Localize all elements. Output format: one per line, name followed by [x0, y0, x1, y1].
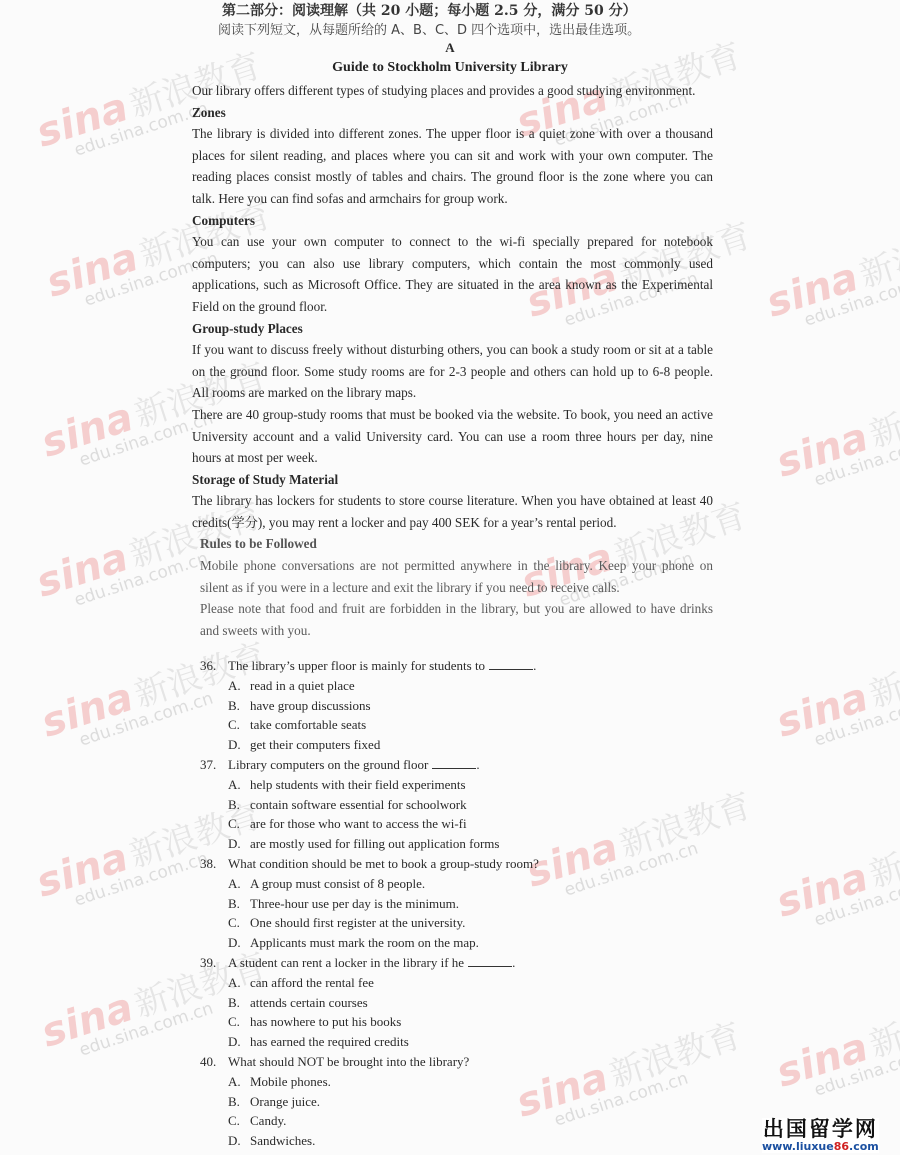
section-paragraph: You can use your own computer to connect… [192, 231, 713, 317]
answer-option: B.Three-hour use per day is the minimum. [200, 894, 700, 914]
question-text: What condition should be met to book a g… [228, 856, 539, 871]
question-stem: 36.The library’s upper floor is mainly f… [200, 656, 700, 676]
question-stem: 37.Library computers on the ground floor… [200, 755, 700, 775]
option-text: are mostly used for filling out applicat… [250, 836, 499, 851]
question-number: 40. [200, 1052, 228, 1072]
site-logo-url: www.liuxue86.com [762, 1140, 879, 1153]
option-letter: D. [228, 1131, 250, 1151]
question-item: 38.What condition should be met to book … [200, 854, 700, 953]
option-text: Applicants must mark the room on the map… [250, 935, 479, 950]
section-heading: Computers [192, 210, 713, 232]
option-letter: C. [228, 1012, 250, 1032]
option-letter: A. [228, 1072, 250, 1092]
site-logo-name: 出国留学网 [762, 1118, 879, 1140]
answer-option: B.have group discussions [200, 696, 700, 716]
option-text: are for those who want to access the wi-… [250, 816, 467, 831]
question-text: A student can rent a locker in the libra… [228, 955, 464, 970]
question-number: 36. [200, 656, 228, 676]
answer-option: B.Orange juice. [200, 1092, 700, 1112]
answer-option: C.Candy. [200, 1111, 700, 1131]
sina-watermark: sina新浪教育edu.sina.com.cn [770, 978, 900, 1110]
option-letter: A. [228, 676, 250, 696]
section-paragraph: The library is divided into different zo… [192, 123, 713, 209]
option-text: read in a quiet place [250, 678, 355, 693]
question-end: . [533, 658, 536, 673]
option-text: has earned the required credits [250, 1034, 409, 1049]
section-heading: Zones [192, 102, 713, 124]
option-text: Sandwiches. [250, 1133, 315, 1148]
sina-watermark: sina新浪教育edu.sina.com.cn [760, 208, 900, 340]
answer-option: C.take comfortable seats [200, 715, 700, 735]
question-item: 36.The library’s upper floor is mainly f… [200, 656, 700, 755]
section-paragraph: Please note that food and fruit are forb… [200, 598, 713, 641]
answer-blank [432, 758, 476, 769]
sina-watermark: sina新浪教育edu.sina.com.cn [770, 808, 900, 940]
answer-option: C.are for those who want to access the w… [200, 814, 700, 834]
question-end: . [476, 757, 479, 772]
section-heading: Storage of Study Material [192, 469, 713, 491]
passage-section: ComputersYou can use your own computer t… [192, 210, 713, 318]
option-text: Three-hour use per day is the minimum. [250, 896, 459, 911]
option-text: A group must consist of 8 people. [250, 876, 425, 891]
answer-option: A.can afford the rental fee [200, 973, 700, 993]
option-text: has nowhere to put his books [250, 1014, 401, 1029]
passage-section: Group-study PlacesIf you want to discuss… [192, 318, 713, 469]
option-letter: C. [228, 715, 250, 735]
question-item: 37.Library computers on the ground floor… [200, 755, 700, 854]
sina-watermark: sina新浪教育edu.sina.com.cn [770, 368, 900, 500]
option-letter: B. [228, 1092, 250, 1112]
answer-option: D.get their computers fixed [200, 735, 700, 755]
answer-option: A.help students with their field experim… [200, 775, 700, 795]
option-letter: B. [228, 696, 250, 716]
question-number: 38. [200, 854, 228, 874]
site-logo: 出国留学网 www.liuxue86.com [762, 1118, 879, 1153]
section-heading: Group-study Places [192, 318, 713, 340]
question-end: . [512, 955, 515, 970]
question-stem: 38.What condition should be met to book … [200, 854, 700, 874]
option-text: help students with their field experimen… [250, 777, 466, 792]
answer-option: D.has earned the required credits [200, 1032, 700, 1052]
question-text: What should NOT be brought into the libr… [228, 1054, 469, 1069]
question-stem: 39.A student can rent a locker in the li… [200, 953, 700, 973]
answer-option: B.attends certain courses [200, 993, 700, 1013]
question-text: Library computers on the ground floor [228, 757, 428, 772]
passage-letter: A [0, 40, 900, 56]
sina-watermark: sina新浪教育edu.sina.com.cn [770, 628, 900, 760]
passage-title: Guide to Stockholm University Library [0, 60, 900, 76]
option-letter: C. [228, 1111, 250, 1131]
option-text: Candy. [250, 1113, 286, 1128]
answer-option: A.A group must consist of 8 people. [200, 874, 700, 894]
option-letter: D. [228, 834, 250, 854]
passage-body: Our library offers different types of st… [192, 80, 713, 641]
question-text: The library’s upper floor is mainly for … [228, 658, 485, 673]
option-text: attends certain courses [250, 995, 368, 1010]
answer-option: B.contain software essential for schoolw… [200, 795, 700, 815]
option-text: have group discussions [250, 698, 371, 713]
answer-option: D.Applicants must mark the room on the m… [200, 933, 700, 953]
option-letter: B. [228, 993, 250, 1013]
option-letter: D. [228, 1032, 250, 1052]
answer-option: C.One should first register at the unive… [200, 913, 700, 933]
option-text: contain software essential for schoolwor… [250, 797, 467, 812]
passage-intro: Our library offers different types of st… [192, 80, 713, 102]
option-text: get their computers fixed [250, 737, 380, 752]
option-text: can afford the rental fee [250, 975, 374, 990]
option-letter: A. [228, 874, 250, 894]
option-letter: C. [228, 814, 250, 834]
option-letter: B. [228, 795, 250, 815]
answer-option: D.Sandwiches. [200, 1131, 700, 1151]
question-item: 39.A student can rent a locker in the li… [200, 953, 700, 1052]
passage-section: ZonesThe library is divided into differe… [192, 102, 713, 210]
section-title: 第二部分：阅读理解（共 20 小题；每小题 2.5 分，满分 50 分） [222, 0, 637, 20]
question-list: 36.The library’s upper floor is mainly f… [200, 656, 700, 1151]
answer-option: C.has nowhere to put his books [200, 1012, 700, 1032]
option-letter: B. [228, 894, 250, 914]
question-number: 39. [200, 953, 228, 973]
section-paragraph: The library has lockers for students to … [192, 490, 713, 533]
question-item: 40.What should NOT be brought into the l… [200, 1052, 700, 1151]
option-text: Mobile phones. [250, 1074, 331, 1089]
option-letter: D. [228, 933, 250, 953]
answer-blank [489, 659, 533, 670]
option-letter: A. [228, 775, 250, 795]
section-paragraph: Mobile phone conversations are not permi… [200, 555, 713, 598]
section-heading: Rules to be Followed [200, 533, 713, 555]
question-number: 37. [200, 755, 228, 775]
answer-blank [468, 956, 512, 967]
option-text: Orange juice. [250, 1094, 320, 1109]
section-paragraph: There are 40 group-study rooms that must… [192, 404, 713, 469]
answer-option: D.are mostly used for filling out applic… [200, 834, 700, 854]
question-stem: 40.What should NOT be brought into the l… [200, 1052, 700, 1072]
option-text: take comfortable seats [250, 717, 366, 732]
passage-section: Rules to be FollowedMobile phone convers… [192, 533, 713, 641]
answer-option: A.Mobile phones. [200, 1072, 700, 1092]
answer-option: A.read in a quiet place [200, 676, 700, 696]
section-paragraph: If you want to discuss freely without di… [192, 339, 713, 404]
option-letter: C. [228, 913, 250, 933]
option-text: One should first register at the univers… [250, 915, 465, 930]
option-letter: A. [228, 973, 250, 993]
passage-section: Storage of Study MaterialThe library has… [192, 469, 713, 534]
option-letter: D. [228, 735, 250, 755]
instruction: 阅读下列短文，从每题所给的 A、B、C、D 四个选项中，选出最佳选项。 [218, 19, 640, 38]
